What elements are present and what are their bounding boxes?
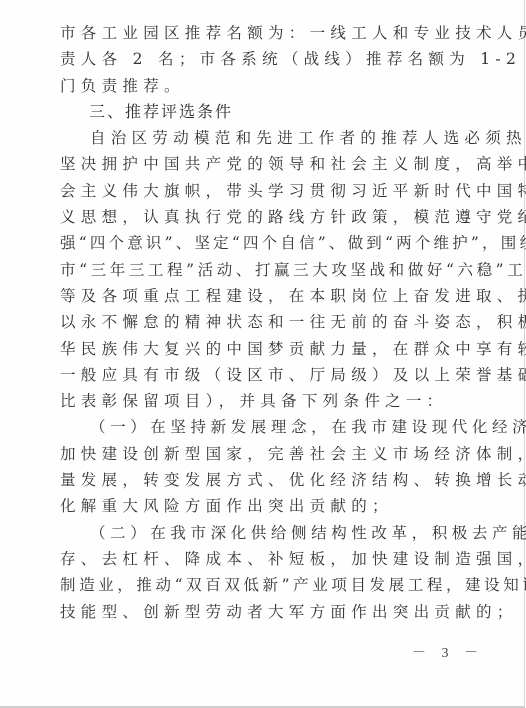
list-item-1: （一）在坚持新发展理念，在我市建设现代化经济体系， (60, 414, 452, 440)
body-line: 存、去杠杆、降成本、补短板，加快建设制造强国，发展先进 (60, 546, 452, 572)
body-line: 门负责推荐。 (60, 73, 452, 99)
body-line: 以永不懈怠的精神状态和一往无前的奋斗姿态，积极为实现中 (60, 309, 452, 335)
list-item-2: （二）在我市深化供给侧结构性改革，积极去产能、去库 (60, 520, 452, 546)
body-line: 责人各 2 名；市各系统（战线）推荐名额为 1-2 名，由主管部 (60, 46, 452, 72)
body-line: 市各工业园区推荐名额为：一线工人和专业技术人员和企业负 (60, 20, 452, 46)
paragraph-first-line: 自治区劳动模范和先进工作者的推荐人选必须热爱祖国， (60, 125, 452, 151)
document-body: 市各工业园区推荐名额为：一线工人和专业技术人员和企业负 责人各 2 名；市各系统… (60, 20, 452, 625)
body-line: 市“三年三工程”活动、打赢三大攻坚战和做好“六稳”工作 (60, 257, 452, 283)
body-line: 技能型、创新型劳动者大军方面作出突出贡献的； (60, 599, 452, 625)
body-line: 等及各项重点工程建设，在本职岗位上奋发进取、拼搏奉献， (60, 283, 452, 309)
section-heading: 三、推荐评选条件 (60, 99, 452, 125)
body-line: 强“四个意识”、坚定“四个自信”、做到“两个维护”，围绕我 (60, 230, 452, 256)
document-page: 市各工业园区推荐名额为：一线工人和专业技术人员和企业负 责人各 2 名；市各系统… (0, 0, 525, 708)
body-line: 会主义伟大旗帜，带头学习贯彻习近平新时代中国特色社会主 (60, 178, 452, 204)
body-line: 加快建设创新型国家，完善社会主义市场经济体制，推动高质 (60, 441, 452, 467)
body-line: 制造业，推动“双百双低新”产业项目发展工程，建设知识型、 (60, 572, 452, 598)
body-line: 化解重大风险方面作出突出贡献的； (60, 493, 452, 519)
body-line: 量发展，转变发展方式、优化经济结构、转换增长动力，防范 (60, 467, 452, 493)
body-line: 坚决拥护中国共产党的领导和社会主义制度，高举中国特色社 (60, 151, 452, 177)
body-line: 一般应具有市级（设区市、厅局级）及以上荣誉基础（属于评 (60, 362, 452, 388)
page-number: － 3 － (412, 642, 484, 662)
body-line: 比表彰保留项目），并具备下列条件之一： (60, 388, 452, 414)
body-line: 义思想，认真执行党的路线方针政策，模范遵守党纪国法，增 (60, 204, 452, 230)
body-line: 华民族伟大复兴的中国梦贡献力量，在群众中享有较高威信， (60, 336, 452, 362)
